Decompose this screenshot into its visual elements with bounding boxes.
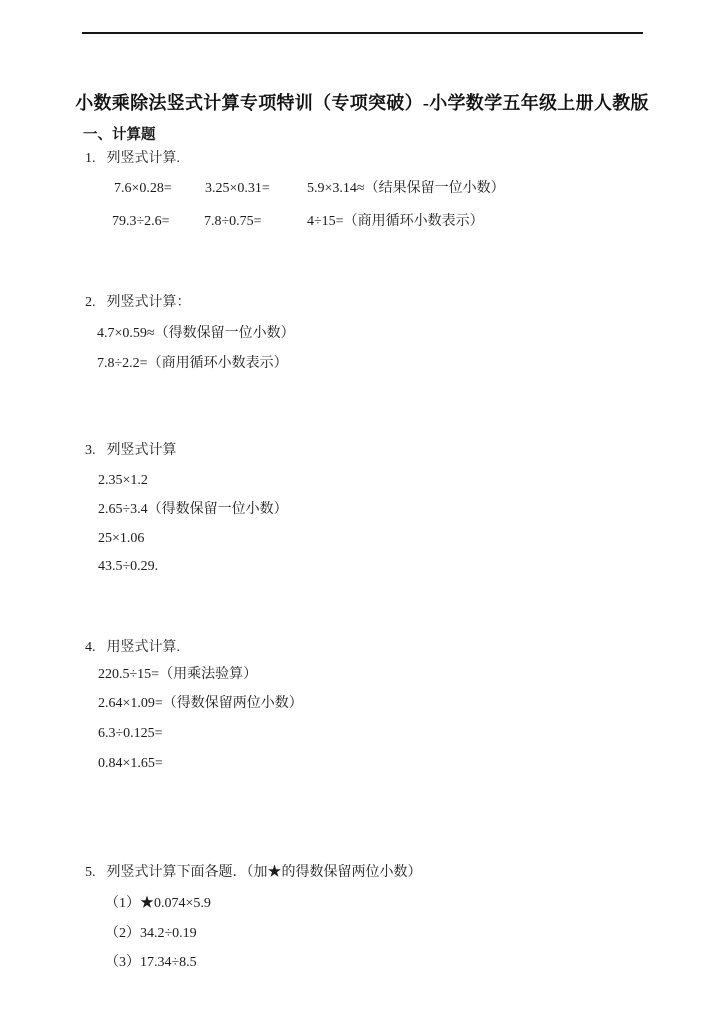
expression: 2.64×1.09=（得数保留两位小数） [98, 696, 303, 713]
expression: 43.5÷0.29. [98, 559, 158, 576]
expression: 7.8÷2.2=（商用循环小数表示） [97, 356, 288, 373]
question-1-heading: 1.列竖式计算. [85, 151, 180, 168]
expression: 7.6×0.28= [114, 181, 172, 198]
expression: 4÷15=（商用循环小数表示） [307, 214, 484, 231]
question-5-heading: 5.列竖式计算下面各题．（加★的得数保留两位小数） [85, 865, 422, 882]
question-1-prompt: 列竖式计算. [107, 151, 181, 168]
expression: 7.8÷0.75= [204, 214, 262, 231]
expression: 2.35×1.2 [98, 473, 148, 490]
question-4-heading: 4.用竖式计算. [85, 640, 180, 657]
question-2-number: 2. [85, 295, 96, 310]
expression: （1）★0.074×5.9 [105, 896, 211, 913]
question-4-prompt: 用竖式计算. [107, 640, 181, 657]
expression: 0.84×1.65= [98, 756, 163, 773]
doc-title: 小数乘除法竖式计算专项特训（专项突破）-小学数学五年级上册人教版 [0, 89, 724, 115]
expression: （2）34.2÷0.19 [105, 926, 197, 943]
question-2-prompt: 列竖式计算： [107, 295, 191, 312]
question-2-heading: 2.列竖式计算： [85, 295, 191, 312]
header-rule [82, 32, 643, 34]
question-3-number: 3. [85, 443, 96, 458]
worksheet-page: 小数乘除法竖式计算专项特训（专项突破）-小学数学五年级上册人教版 一、计算题 1… [0, 0, 724, 1024]
expression: 5.9×3.14≈（结果保留一位小数） [307, 181, 505, 198]
expression: 3.25×0.31= [205, 181, 270, 198]
question-3-prompt: 列竖式计算 [107, 443, 177, 460]
section-heading: 一、计算题 [83, 123, 156, 144]
expression: 79.3÷2.6= [112, 214, 170, 231]
question-1-number: 1. [85, 151, 96, 166]
question-5-number: 5. [85, 865, 96, 880]
question-4-number: 4. [85, 640, 96, 655]
expression: 220.5÷15=（用乘法验算） [98, 667, 257, 684]
question-5-prompt: 列竖式计算下面各题．（加★的得数保留两位小数） [107, 865, 422, 882]
expression: 2.65÷3.4（得数保留一位小数） [98, 502, 288, 519]
question-3-heading: 3.列竖式计算 [85, 443, 177, 460]
expression: 4.7×0.59≈（得数保留一位小数） [97, 326, 295, 343]
expression: 25×1.06 [98, 531, 144, 548]
expression: 6.3÷0.125= [98, 726, 163, 743]
expression: （3）17.34÷8.5 [105, 955, 197, 972]
